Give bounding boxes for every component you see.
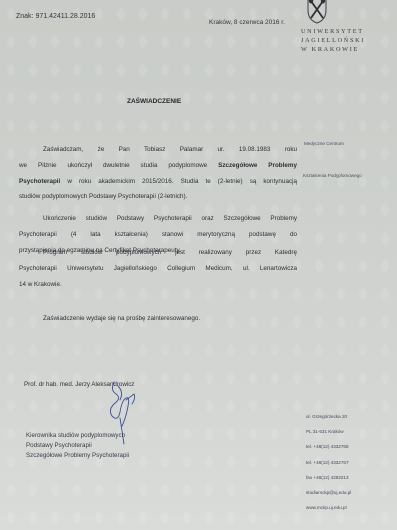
university-name: UNIWERSYTET JAGIELLOŃSKI W KRAKOWIE [301,27,365,54]
paragraph-program-department: Program studiów podyplomowych jest reali… [19,245,297,292]
email: studiamckp@uj.edu.pl [306,485,351,500]
margin-note-postgraduate: Kształcenia Podyplomowego [303,173,362,178]
paragraph-issued-on-request: Zaświadczenie wydaje się na prośbę zaint… [19,311,297,327]
margin-note-medical-centre: Medyczne Centrum [304,141,344,146]
crossed-maces-crest-icon [306,0,328,24]
reference-number: Znak: 971.42411.28.2016 [16,13,95,20]
signer-role: Kierownika studiów podyplomowych Podstaw… [26,431,129,462]
phone-1: tel. +48(12) 4332766 [306,439,351,454]
postal-line: PL 31-531 Kraków [306,424,351,439]
website: www.mckp.uj.edu.pl [306,500,351,515]
place-and-date: Kraków, 8 czerwca 2016 r. [209,19,285,26]
document-title: ZAŚWIADCZENIE [127,98,181,105]
contact-block: ul. Grzegórzecka 20 PL 31-531 Kraków tel… [306,409,351,515]
paragraph-graduation: Zaświadczam, że Pan Tobiasz Palamar ur. … [19,142,297,205]
fax: fax +48(12) 4292213 [306,470,351,485]
address-line: ul. Grzegórzecka 20 [306,409,351,424]
certificate-page: Znak: 971.42411.28.2016 Kraków, 8 czerwc… [0,0,397,530]
phone-2: tel. +48(12) 4332767 [306,455,351,470]
